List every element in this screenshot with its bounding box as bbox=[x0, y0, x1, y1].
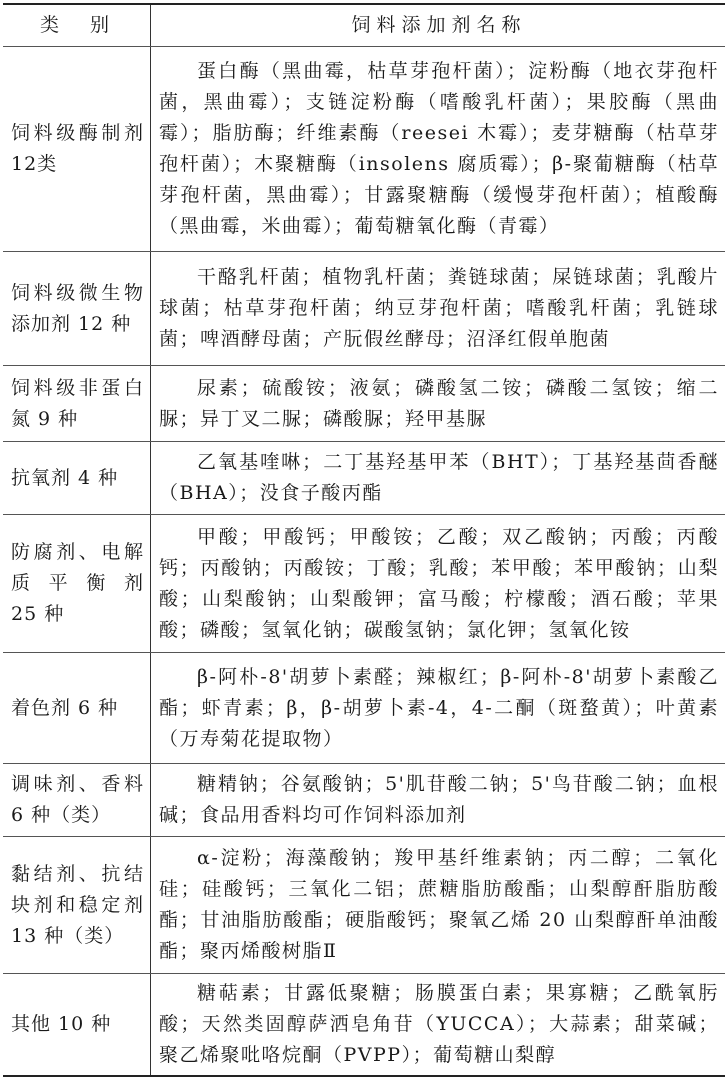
names-cell: 尿素；硫酸铵；液氨；磷酸氢二铵；磷酸二氢铵；缩二脲；异丁叉二脲；磷酸脲；羟甲基脲 bbox=[151, 366, 725, 441]
table-row: 着色剂 6 种 β-阿朴-8'胡萝卜素醛；辣椒红；β-阿朴-8'胡萝卜素酸乙酯；… bbox=[3, 653, 725, 764]
category-cell: 抗氧剂 4 种 bbox=[3, 442, 151, 514]
category-label: 调味剂、香料 6 种（类） bbox=[11, 769, 144, 831]
additive-names: 糖精钠；谷氨酸钠；5'肌苷酸二钠；5'鸟苷酸二钠；血根碱；食品用香料均可作饲料添… bbox=[159, 769, 719, 831]
header-category-label: 类 别 bbox=[11, 10, 144, 41]
category-cell: 饲料级微生物添加剂 12 种 bbox=[3, 252, 151, 365]
feed-additives-table: 类 别 饲料添加剂名称 饲料级酶制剂 12类 蛋白酶（黑曲霉，枯草芽孢杆菌）；淀… bbox=[3, 3, 725, 1077]
additive-names: 甲酸；甲酸钙；甲酸铵；乙酸；双乙酸钠；丙酸；丙酸钙；丙酸钠；丙酸铵；丁酸；乳酸；… bbox=[159, 522, 719, 646]
category-cell: 饲料级非蛋白氮 9 种 bbox=[3, 366, 151, 441]
category-cell: 其他 10 种 bbox=[3, 974, 151, 1075]
table-row: 饲料级酶制剂 12类 蛋白酶（黑曲霉，枯草芽孢杆菌）；淀粉酶（地衣芽孢杆菌，黑曲… bbox=[3, 47, 725, 252]
category-label: 防腐剂、电解质 平 衡 剂 25 种 bbox=[11, 537, 144, 630]
category-cell: 着色剂 6 种 bbox=[3, 653, 151, 763]
header-names-cell: 饲料添加剂名称 bbox=[151, 5, 725, 46]
additive-names: β-阿朴-8'胡萝卜素醛；辣椒红；β-阿朴-8'胡萝卜素酸乙酯；虾青素；β，β-… bbox=[159, 662, 719, 755]
names-cell: β-阿朴-8'胡萝卜素醛；辣椒红；β-阿朴-8'胡萝卜素酸乙酯；虾青素；β，β-… bbox=[151, 653, 725, 763]
additive-names: α-淀粉；海藻酸钠；羧甲基纤维素钠；丙二醇；二氧化硅；硅酸钙；三氧化二铝；蔗糖脂… bbox=[159, 843, 719, 967]
additive-names: 尿素；硫酸铵；液氨；磷酸氢二铵；磷酸二氢铵；缩二脲；异丁叉二脲；磷酸脲；羟甲基脲 bbox=[159, 373, 719, 435]
table-row: 其他 10 种 糖萜素；甘露低聚糖；肠膜蛋白素；果寡糖；乙酰氧肟酸；天然类固醇萨… bbox=[3, 974, 725, 1075]
additive-names: 糖萜素；甘露低聚糖；肠膜蛋白素；果寡糖；乙酰氧肟酸；天然类固醇萨洒皂角苷（YUC… bbox=[159, 978, 719, 1071]
names-cell: α-淀粉；海藻酸钠；羧甲基纤维素钠；丙二醇；二氧化硅；硅酸钙；三氧化二铝；蔗糖脂… bbox=[151, 837, 725, 973]
additive-names: 乙氧基喹啉；二丁基羟基甲苯（BHT）；丁基羟基茴香醚（BHA）；没食子酸丙酯 bbox=[159, 447, 719, 509]
names-cell: 乙氧基喹啉；二丁基羟基甲苯（BHT）；丁基羟基茴香醚（BHA）；没食子酸丙酯 bbox=[151, 442, 725, 514]
names-cell: 糖萜素；甘露低聚糖；肠膜蛋白素；果寡糖；乙酰氧肟酸；天然类固醇萨洒皂角苷（YUC… bbox=[151, 974, 725, 1075]
additive-names: 蛋白酶（黑曲霉，枯草芽孢杆菌）；淀粉酶（地衣芽孢杆菌，黑曲霉）；支链淀粉酶（嗜酸… bbox=[159, 56, 719, 242]
table-row: 饲料级非蛋白氮 9 种 尿素；硫酸铵；液氨；磷酸氢二铵；磷酸二氢铵；缩二脲；异丁… bbox=[3, 366, 725, 442]
category-label: 着色剂 6 种 bbox=[11, 693, 144, 724]
table-row: 饲料级微生物添加剂 12 种 干酪乳杆菌；植物乳杆菌；粪链球菌；屎链球菌；乳酸片… bbox=[3, 252, 725, 366]
table-row: 黏结剂、抗结块剂和稳定剂 13 种（类） α-淀粉；海藻酸钠；羧甲基纤维素钠；丙… bbox=[3, 837, 725, 974]
category-cell: 饲料级酶制剂 12类 bbox=[3, 47, 151, 251]
table-row: 防腐剂、电解质 平 衡 剂 25 种 甲酸；甲酸钙；甲酸铵；乙酸；双乙酸钠；丙酸… bbox=[3, 515, 725, 653]
additive-names: 干酪乳杆菌；植物乳杆菌；粪链球菌；屎链球菌；乳酸片球菌；枯草芽孢杆菌；纳豆芽孢杆… bbox=[159, 262, 719, 355]
table-row: 抗氧剂 4 种 乙氧基喹啉；二丁基羟基甲苯（BHT）；丁基羟基茴香醚（BHA）；… bbox=[3, 442, 725, 515]
names-cell: 糖精钠；谷氨酸钠；5'肌苷酸二钠；5'鸟苷酸二钠；血根碱；食品用香料均可作饲料添… bbox=[151, 764, 725, 836]
names-cell: 甲酸；甲酸钙；甲酸铵；乙酸；双乙酸钠；丙酸；丙酸钙；丙酸钠；丙酸铵；丁酸；乳酸；… bbox=[151, 515, 725, 652]
names-cell: 蛋白酶（黑曲霉，枯草芽孢杆菌）；淀粉酶（地衣芽孢杆菌，黑曲霉）；支链淀粉酶（嗜酸… bbox=[151, 47, 725, 251]
category-cell: 防腐剂、电解质 平 衡 剂 25 种 bbox=[3, 515, 151, 652]
category-label: 饲料级非蛋白氮 9 种 bbox=[11, 373, 144, 435]
names-cell: 干酪乳杆菌；植物乳杆菌；粪链球菌；屎链球菌；乳酸片球菌；枯草芽孢杆菌；纳豆芽孢杆… bbox=[151, 252, 725, 365]
category-cell: 调味剂、香料 6 种（类） bbox=[3, 764, 151, 836]
category-cell: 黏结剂、抗结块剂和稳定剂 13 种（类） bbox=[3, 837, 151, 973]
header-category-cell: 类 别 bbox=[3, 5, 151, 46]
category-label: 抗氧剂 4 种 bbox=[11, 463, 144, 494]
category-label: 饲料级微生物添加剂 12 种 bbox=[11, 278, 144, 340]
table-header-row: 类 别 饲料添加剂名称 bbox=[3, 5, 725, 47]
category-label: 饲料级酶制剂 12类 bbox=[11, 118, 144, 180]
header-names-label: 饲料添加剂名称 bbox=[159, 10, 719, 41]
category-label: 黏结剂、抗结块剂和稳定剂 13 种（类） bbox=[11, 859, 144, 952]
table-row: 调味剂、香料 6 种（类） 糖精钠；谷氨酸钠；5'肌苷酸二钠；5'鸟苷酸二钠；血… bbox=[3, 764, 725, 837]
category-label: 其他 10 种 bbox=[11, 1009, 144, 1040]
